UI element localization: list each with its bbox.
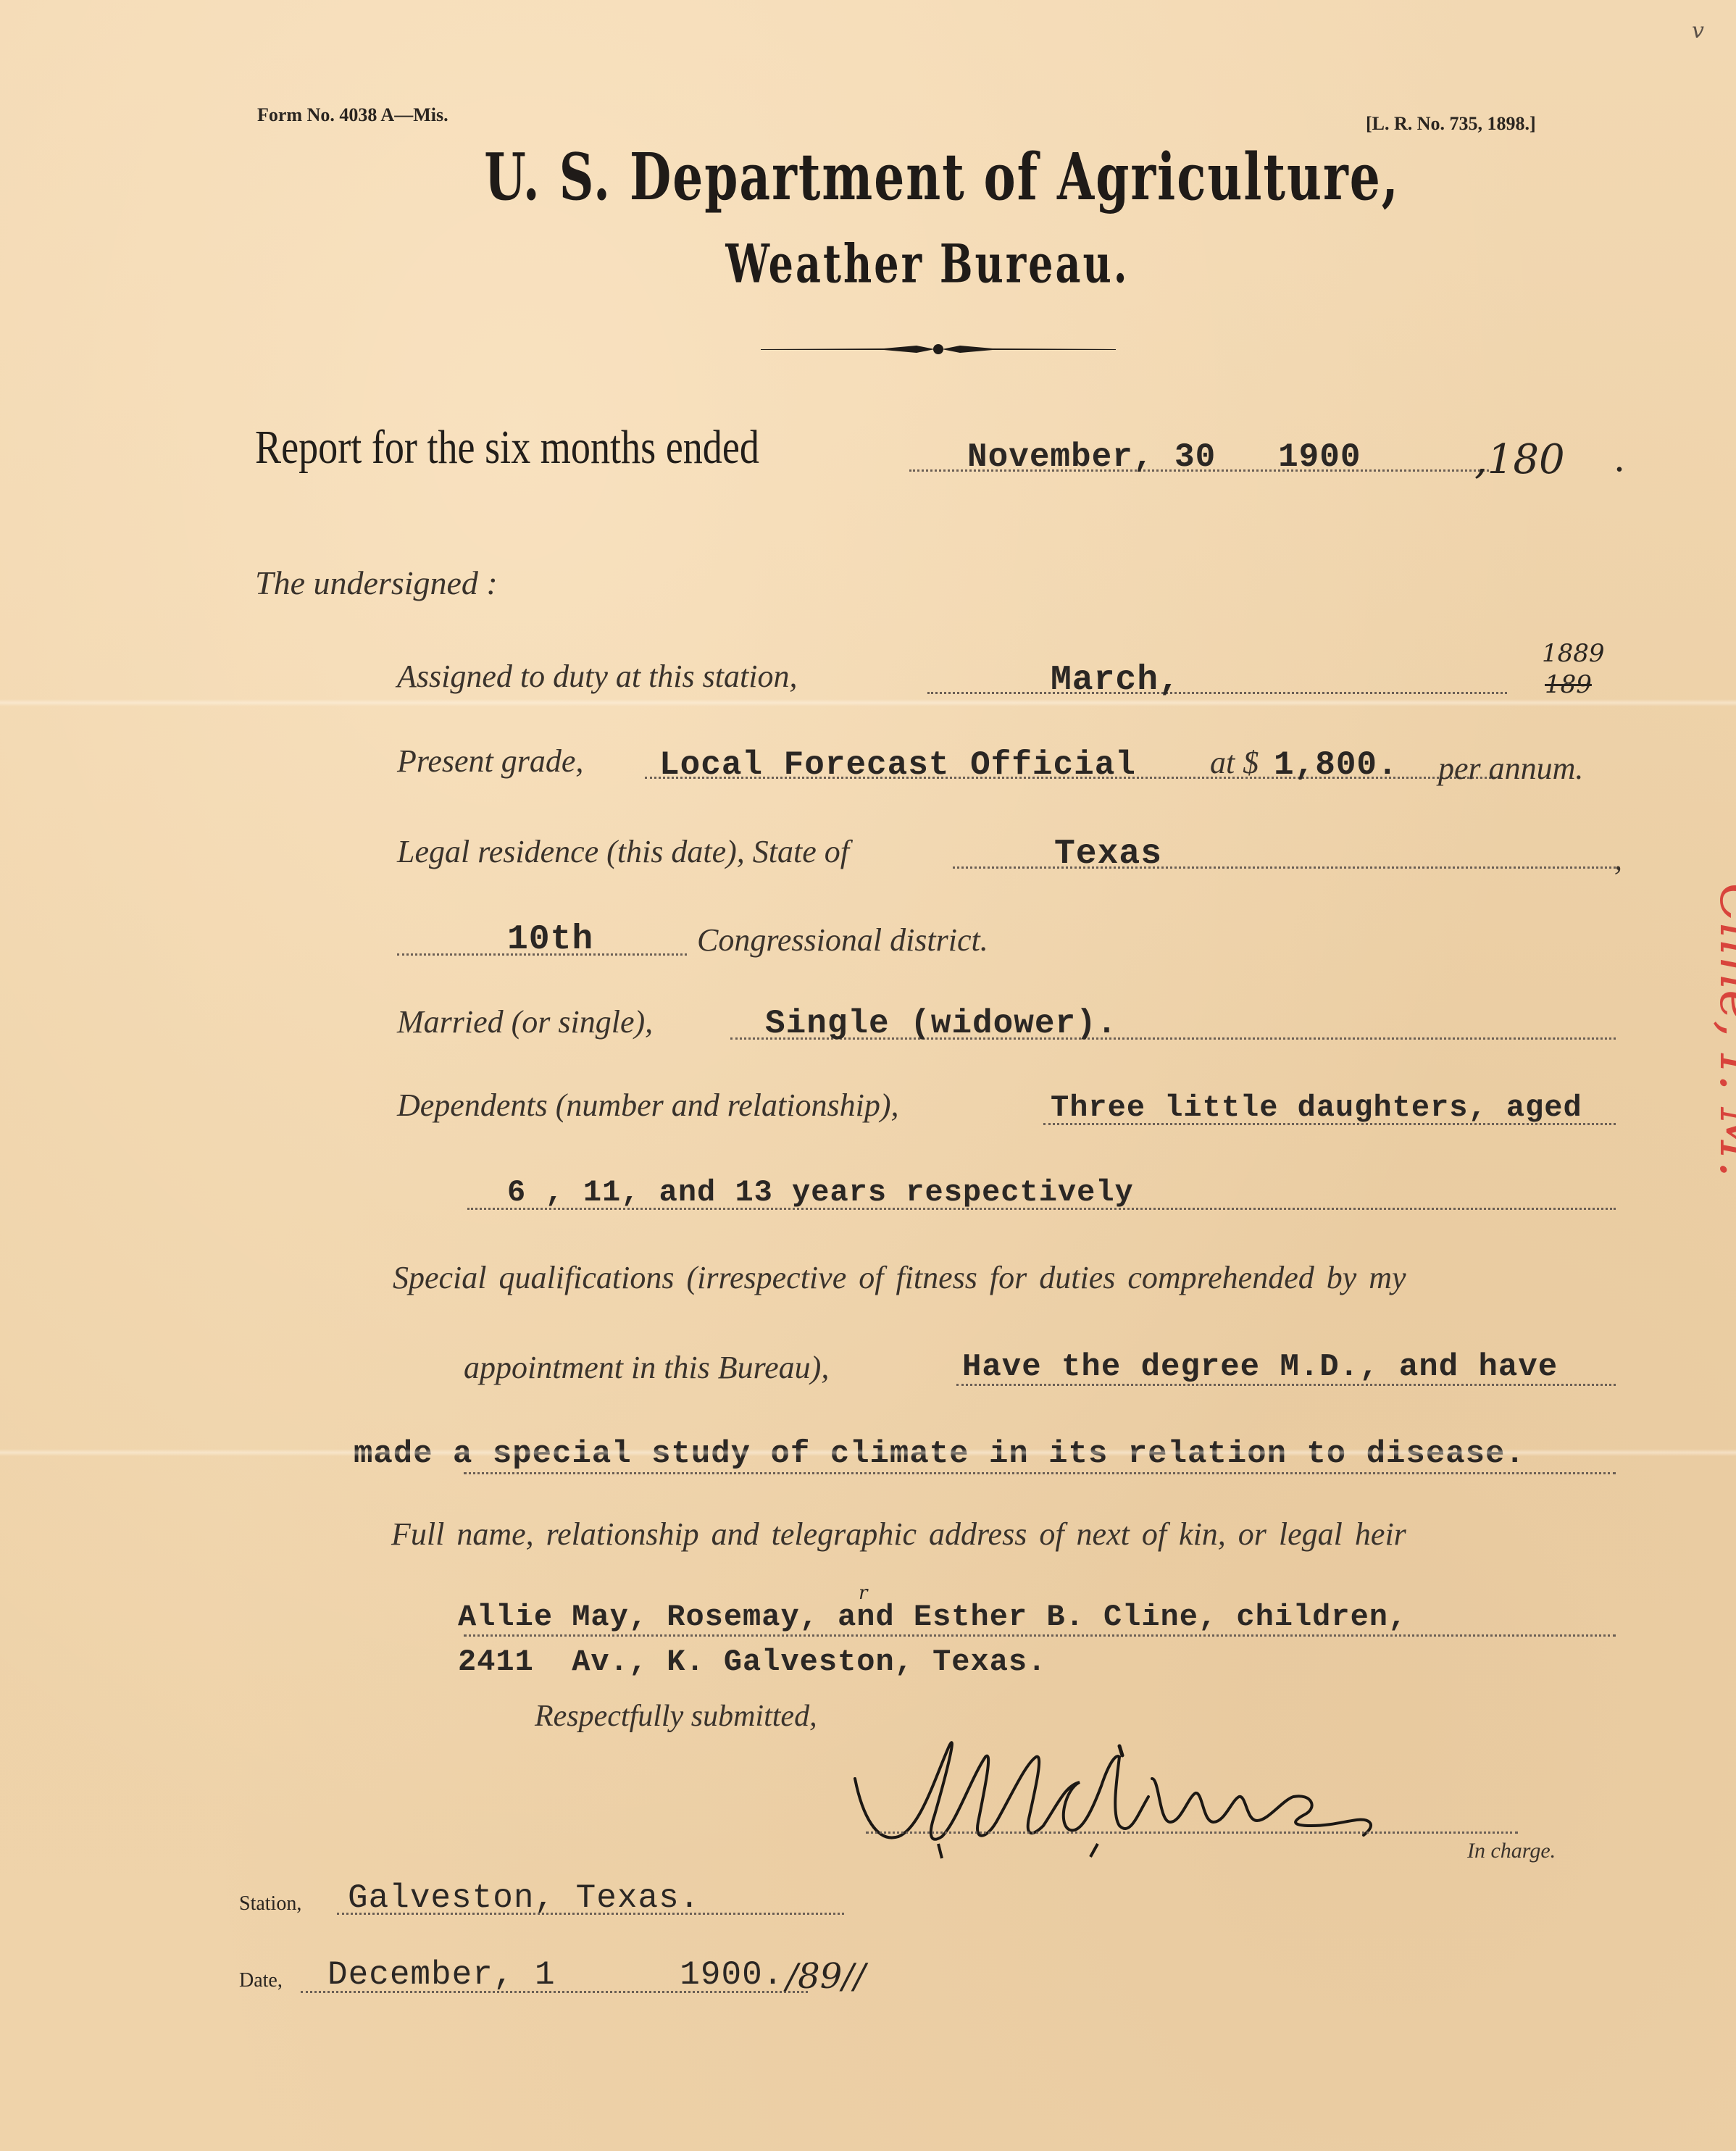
ornament-divider bbox=[761, 341, 1116, 358]
district-label: Congressional district. bbox=[697, 922, 988, 958]
department-title: U. S. Department of Agriculture, bbox=[464, 138, 1420, 214]
date-value: December, 1 1900. bbox=[327, 1956, 783, 1994]
assigned-year-handwritten: 1889 bbox=[1542, 639, 1605, 668]
qualifications-label-2: appointment in this Bureau), bbox=[464, 1349, 829, 1386]
assigned-line bbox=[927, 692, 1507, 694]
station-value: Galveston, Texas. bbox=[348, 1879, 700, 1917]
assigned-year-struck: 189 bbox=[1545, 670, 1592, 699]
assigned-value: March, bbox=[1051, 661, 1180, 700]
fold-line bbox=[0, 699, 1736, 706]
district-value: 10th bbox=[507, 920, 593, 959]
next-of-kin-label: Full name, relationship and telegraphic … bbox=[391, 1516, 1406, 1553]
intro-label: The undersigned : bbox=[255, 564, 498, 602]
station-label: Station, bbox=[239, 1892, 301, 1916]
grade-label: Present grade, bbox=[397, 743, 583, 780]
next-of-kin-correction-mark: r bbox=[859, 1582, 867, 1604]
dependents-label: Dependents (number and relationship), bbox=[397, 1087, 898, 1124]
residence-label: Legal residence (this date), State of bbox=[397, 833, 849, 870]
report-terminal: . bbox=[1614, 435, 1624, 481]
married-value: Single (widower). bbox=[765, 1005, 1117, 1043]
report-label: Report for the six months ended bbox=[255, 420, 759, 475]
bureau-title: Weather Bureau. bbox=[652, 233, 1203, 295]
grade-value: Local Forecast Official bbox=[659, 746, 1136, 784]
next-of-kin-line bbox=[464, 1634, 1616, 1637]
dependents-value-2: 6 , 11, and 13 years respectively bbox=[507, 1175, 1134, 1210]
next-of-kin-value-2: 2411 Av., K. Galveston, Texas. bbox=[458, 1645, 1046, 1679]
corner-check-mark: v bbox=[1692, 18, 1704, 43]
date-label: Date, bbox=[239, 1969, 283, 1992]
svg-text:I M Cline: I M Cline bbox=[848, 1735, 851, 1736]
signature-line bbox=[866, 1832, 1518, 1834]
grade-per-annum-label: per annum. bbox=[1438, 750, 1583, 787]
qualifications-line-2 bbox=[464, 1472, 1616, 1474]
signature: I M Cline bbox=[848, 1735, 1464, 1866]
lr-number: [L. R. No. 735, 1898.] bbox=[1366, 113, 1536, 135]
respectfully-submitted: Respectfully submitted, bbox=[535, 1699, 817, 1734]
in-charge-label: In charge. bbox=[1467, 1839, 1556, 1863]
residence-value: Texas bbox=[1054, 835, 1162, 874]
fold-line bbox=[0, 1449, 1736, 1456]
form-number: Form No. 4038 A—Mis. bbox=[257, 104, 448, 126]
next-of-kin-value-1: Allie May, Rosemay, and Esther B. Cline,… bbox=[458, 1600, 1407, 1634]
assigned-label: Assigned to duty at this station, bbox=[397, 658, 797, 695]
married-label: Married (or single), bbox=[397, 1003, 653, 1040]
residence-line bbox=[953, 866, 1616, 869]
report-period-value: November, 30 1900 bbox=[967, 438, 1361, 476]
dependents-value-1: Three little daughters, aged bbox=[1051, 1090, 1582, 1125]
report-year-suffix: ,180 bbox=[1474, 436, 1565, 483]
qualifications-label-1: Special qualifications (irrespective of … bbox=[393, 1259, 1406, 1296]
margin-annotation: Cline, I. M. bbox=[1708, 864, 1736, 1197]
qualifications-value-1: Have the degree M.D., and have bbox=[962, 1349, 1558, 1385]
grade-at-label: at $ bbox=[1210, 744, 1259, 781]
date-suffix: /89// bbox=[786, 1956, 866, 1997]
grade-salary: 1,800. bbox=[1274, 746, 1398, 784]
residence-terminal: , bbox=[1614, 840, 1622, 877]
